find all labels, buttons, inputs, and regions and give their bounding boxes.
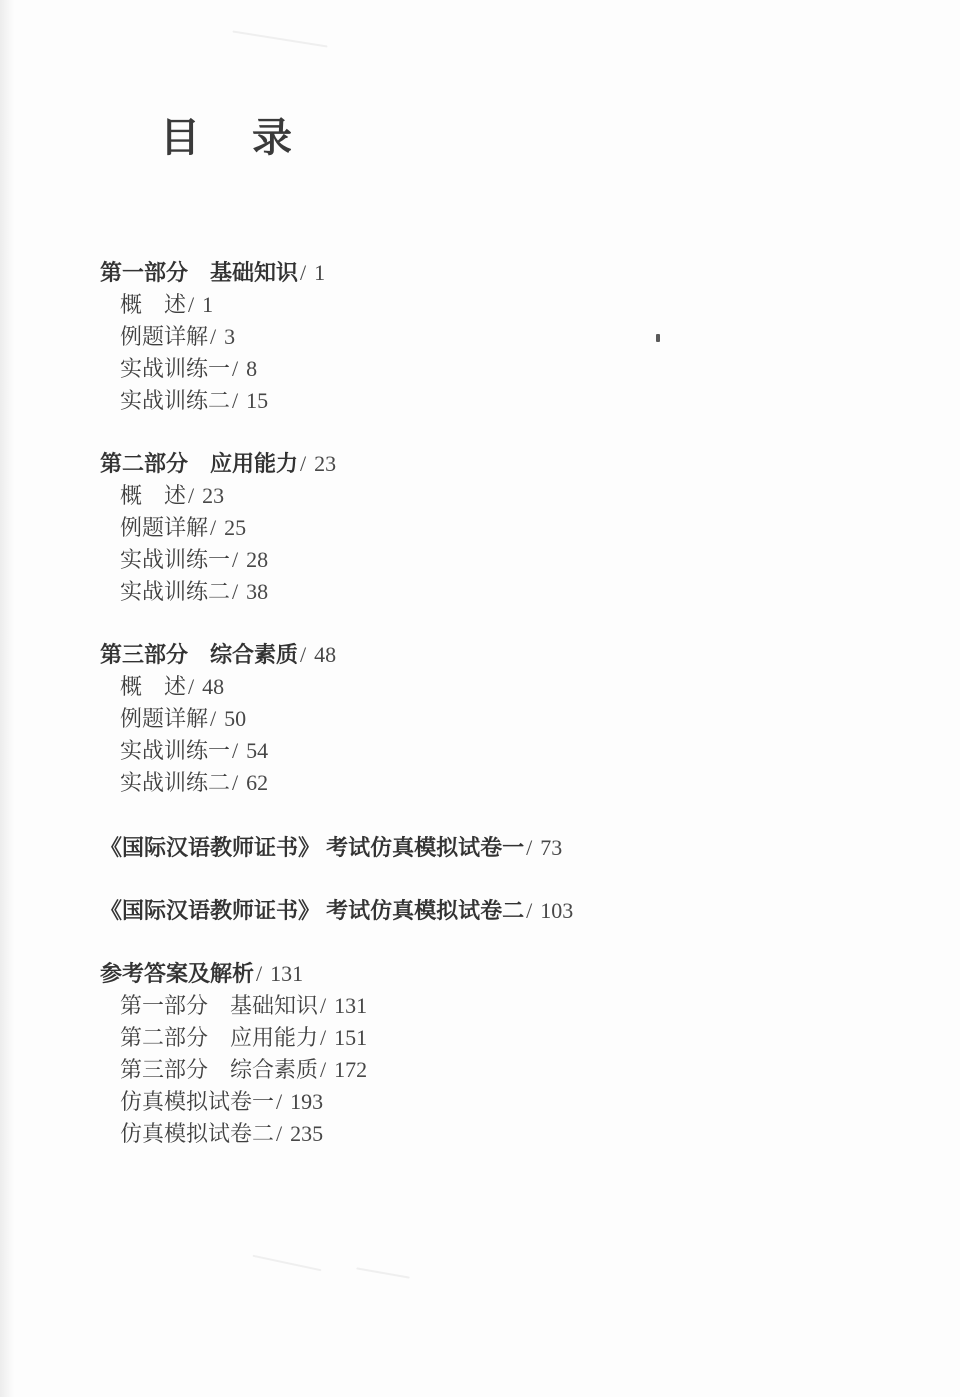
page-number: 50	[224, 706, 246, 731]
answers-section: 参考答案及解析/131 第一部分 基础知识/131 第二部分 应用能力/151 …	[100, 958, 860, 1150]
item-label: 实战训练一	[120, 547, 230, 572]
toc-section-2: 第二部分 应用能力/23 概 述/23 例题详解/25 实战训练一/28 实战训…	[100, 448, 860, 608]
page-reference: /103	[526, 898, 573, 923]
page-separator: /	[320, 1057, 326, 1082]
page-reference: /1	[300, 260, 325, 285]
page-reference: /73	[526, 835, 562, 860]
item-label: 概 述	[120, 483, 186, 508]
section-header-row: 第一部分 基础知识/1	[100, 257, 860, 289]
page-separator: /	[256, 961, 262, 986]
page-number: 1	[202, 292, 213, 317]
page-reference: /48	[300, 642, 336, 667]
item-label: 第二部分 应用能力	[120, 1025, 318, 1050]
page-reference: /193	[276, 1089, 323, 1114]
section-header-row: 参考答案及解析/131	[100, 958, 860, 990]
page-number: 15	[246, 388, 268, 413]
page-number: 73	[540, 835, 562, 860]
page-reference: /50	[210, 706, 246, 731]
toc-item-row: 仿真模拟试卷一/193	[100, 1086, 860, 1118]
page-separator: /	[276, 1121, 282, 1146]
section-header-label: 参考答案及解析	[100, 961, 254, 986]
page-number: 23	[314, 451, 336, 476]
page-separator: /	[188, 483, 194, 508]
toc-item-row: 实战训练二/38	[100, 576, 860, 608]
page-separator: /	[210, 324, 216, 349]
page-number: 151	[334, 1025, 367, 1050]
page-separator: /	[210, 515, 216, 540]
toc-item-row: 实战训练二/62	[100, 767, 860, 799]
toc-item-row: 例题详解/25	[100, 512, 860, 544]
item-label: 概 述	[120, 674, 186, 699]
item-label: 第三部分 综合素质	[120, 1057, 318, 1082]
mock-exam-entry-1: 《国际汉语教师证书》 考试仿真模拟试卷一/73	[100, 832, 860, 864]
page-number: 103	[540, 898, 573, 923]
page-reference: /1	[188, 292, 213, 317]
item-label: 实战训练一	[120, 738, 230, 763]
entry-label: 《国际汉语教师证书》 考试仿真模拟试卷二	[100, 898, 524, 923]
toc-content: 目 录 第一部分 基础知识/1 概 述/1 例题详解/3 实战训练一/8 实战训…	[100, 118, 860, 1150]
page-number: 1	[314, 260, 325, 285]
scan-artifact	[253, 1255, 322, 1272]
page-reference: /8	[232, 356, 257, 381]
section-header-label: 第三部分 综合素质	[100, 642, 298, 667]
page-reference: /54	[232, 738, 268, 763]
toc-item-row: 实战训练一/54	[100, 735, 860, 767]
page-reference: /131	[320, 993, 367, 1018]
item-label: 实战训练二	[120, 388, 230, 413]
page-reference: /151	[320, 1025, 367, 1050]
mock-exam-entry-2: 《国际汉语教师证书》 考试仿真模拟试卷二/103	[100, 895, 860, 927]
toc-item-row: 实战训练一/8	[100, 353, 860, 385]
page-separator: /	[210, 706, 216, 731]
page-number: 131	[270, 961, 303, 986]
page-separator: /	[232, 388, 238, 413]
page-number: 193	[290, 1089, 323, 1114]
page-separator: /	[320, 993, 326, 1018]
section-header-row: 第三部分 综合素质/48	[100, 639, 860, 671]
page-reference: /131	[256, 961, 303, 986]
page-reference: /172	[320, 1057, 367, 1082]
entry-label: 《国际汉语教师证书》 考试仿真模拟试卷一	[100, 835, 524, 860]
page-separator: /	[232, 356, 238, 381]
section-header-row: 第二部分 应用能力/23	[100, 448, 860, 480]
page-reference: /23	[300, 451, 336, 476]
page-separator: /	[232, 770, 238, 795]
page-number: 28	[246, 547, 268, 572]
item-label: 例题详解	[120, 515, 208, 540]
page-number: 172	[334, 1057, 367, 1082]
page-number: 25	[224, 515, 246, 540]
toc-item-row: 实战训练二/15	[100, 385, 860, 417]
page-separator: /	[188, 292, 194, 317]
page-number: 48	[202, 674, 224, 699]
page-number: 48	[314, 642, 336, 667]
toc-item-row: 第一部分 基础知识/131	[100, 990, 860, 1022]
toc-item-row: 概 述/1	[100, 289, 860, 321]
item-label: 概 述	[120, 292, 186, 317]
item-label: 第一部分 基础知识	[120, 993, 318, 1018]
page-number: 131	[334, 993, 367, 1018]
page-reference: /235	[276, 1121, 323, 1146]
page-number: 235	[290, 1121, 323, 1146]
item-label: 仿真模拟试卷一	[120, 1089, 274, 1114]
toc-item-row: 例题详解/3	[100, 321, 860, 353]
item-label: 例题详解	[120, 706, 208, 731]
page-reference: /23	[188, 483, 224, 508]
toc-section-1: 第一部分 基础知识/1 概 述/1 例题详解/3 实战训练一/8 实战训练二/1…	[100, 257, 860, 417]
page-number: 23	[202, 483, 224, 508]
page-title: 目 录	[160, 118, 860, 158]
page-reference: /3	[210, 324, 235, 349]
section-header-label: 第二部分 应用能力	[100, 451, 298, 476]
toc-item-row: 概 述/48	[100, 671, 860, 703]
page-separator: /	[300, 642, 306, 667]
item-label: 实战训练二	[120, 770, 230, 795]
item-label: 仿真模拟试卷二	[120, 1121, 274, 1146]
toc-item-row: 第二部分 应用能力/151	[100, 1022, 860, 1054]
toc-item-row: 第三部分 综合素质/172	[100, 1054, 860, 1086]
page-separator: /	[232, 547, 238, 572]
page-number: 38	[246, 579, 268, 604]
toc-section-3: 第三部分 综合素质/48 概 述/48 例题详解/50 实战训练一/54 实战训…	[100, 639, 860, 799]
page-reference: /48	[188, 674, 224, 699]
page-number: 62	[246, 770, 268, 795]
toc-item-row: 例题详解/50	[100, 703, 860, 735]
item-label: 实战训练二	[120, 579, 230, 604]
item-label: 实战训练一	[120, 356, 230, 381]
document-page: 目 录 第一部分 基础知识/1 概 述/1 例题详解/3 实战训练一/8 实战训…	[0, 0, 960, 1397]
toc-item-row: 仿真模拟试卷二/235	[100, 1118, 860, 1150]
page-number: 8	[246, 356, 257, 381]
item-label: 例题详解	[120, 324, 208, 349]
page-reference: /62	[232, 770, 268, 795]
toc-item-row: 概 述/23	[100, 480, 860, 512]
page-edge-shadow	[0, 0, 14, 1397]
page-separator: /	[188, 674, 194, 699]
page-separator: /	[300, 451, 306, 476]
section-header-label: 第一部分 基础知识	[100, 260, 298, 285]
page-separator: /	[232, 738, 238, 763]
page-separator: /	[232, 579, 238, 604]
scan-artifact	[356, 1267, 410, 1278]
page-separator: /	[526, 898, 532, 923]
page-number: 3	[224, 324, 235, 349]
page-reference: /15	[232, 388, 268, 413]
page-number: 54	[246, 738, 268, 763]
page-separator: /	[526, 835, 532, 860]
page-separator: /	[276, 1089, 282, 1114]
page-reference: /28	[232, 547, 268, 572]
toc-item-row: 实战训练一/28	[100, 544, 860, 576]
page-reference: /38	[232, 579, 268, 604]
page-reference: /25	[210, 515, 246, 540]
scan-artifact	[232, 31, 327, 48]
page-separator: /	[300, 260, 306, 285]
page-separator: /	[320, 1025, 326, 1050]
